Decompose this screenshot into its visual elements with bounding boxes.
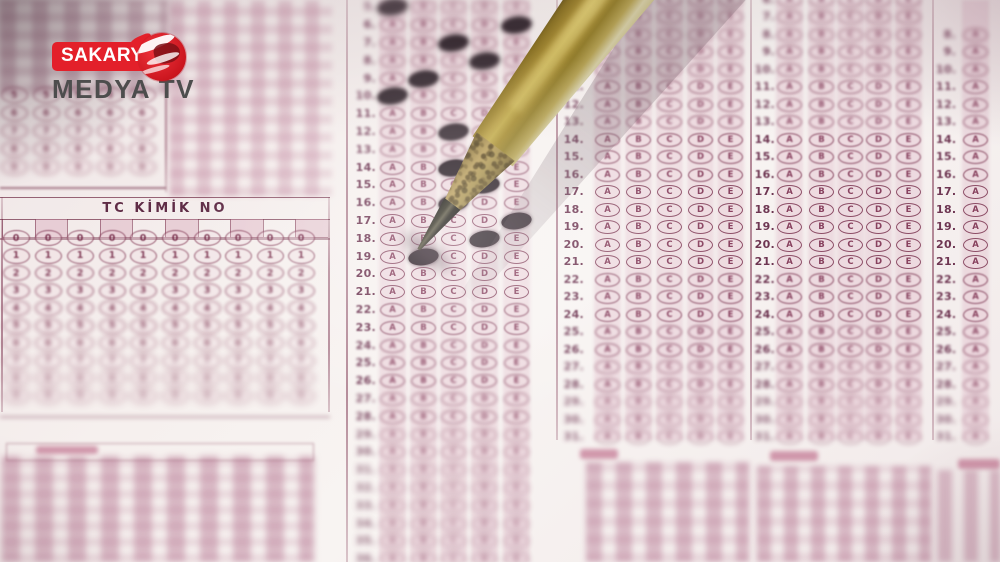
answer-bubble-A: A xyxy=(777,395,802,409)
question-row: 14.ABCDE xyxy=(753,132,963,149)
question-row: 13.ABCDE xyxy=(753,114,963,131)
question-row: 15.ABCDE xyxy=(753,149,963,166)
answer-bubble-D: D xyxy=(688,413,713,427)
answer-bubble-A: A xyxy=(777,150,802,164)
id-digit-bubble: 7 xyxy=(257,353,284,369)
answer-bubble-D: D xyxy=(472,0,497,14)
answer-bubble-E: E xyxy=(504,267,529,281)
answer-bubble-B: B xyxy=(809,150,834,164)
id-digit-row: 0000000000 xyxy=(2,230,328,247)
blurred-grid-bottom-left xyxy=(2,456,314,562)
answer-bubble-B: B xyxy=(411,303,436,317)
question-row: 27.ABCDE xyxy=(753,359,963,376)
id-digit-row: 2222222222 xyxy=(2,265,328,282)
id-digit-bubble: 9 xyxy=(225,388,252,404)
answer-bubble-D: D xyxy=(866,220,891,234)
answer-bubble-E: E xyxy=(718,203,743,217)
question-number: 28. xyxy=(562,378,584,391)
question-row: 10.A xyxy=(936,62,1000,79)
answer-bubble-A: A xyxy=(595,290,620,304)
id-digit-bubble: 5 xyxy=(3,318,30,334)
id-digit-bubble: 9 xyxy=(99,388,126,404)
answer-bubble-B: B xyxy=(809,413,834,427)
id-digit-bubble: 4 xyxy=(99,300,126,316)
answer-bubble-E: E xyxy=(718,150,743,164)
question-row: 22.ABCDE xyxy=(562,272,772,289)
question-row: 26.ABCDE xyxy=(562,342,772,359)
answer-bubble-D: D xyxy=(866,185,891,199)
id-digit-bubble: 0 xyxy=(35,230,62,246)
id-digit-bubble: 4 xyxy=(162,300,189,316)
id-digit-bubble: 9 xyxy=(65,159,92,175)
answer-bubble-A: A xyxy=(380,72,405,86)
answer-bubble-B: B xyxy=(626,325,651,339)
id-grid-header: TC KİMİK NO xyxy=(0,197,330,220)
answer-bubble-C: C xyxy=(441,107,466,121)
answer-bubble-E: E xyxy=(504,339,529,353)
answer-bubble-B: B xyxy=(626,413,651,427)
question-number: 25. xyxy=(346,356,376,369)
answer-bubble-B: B xyxy=(411,339,436,353)
answer-bubble-D: D xyxy=(472,392,497,406)
answer-bubble-B: B xyxy=(626,308,651,322)
question-number: 31. xyxy=(562,430,584,443)
answer-bubble-E: E xyxy=(718,168,743,182)
id-digit-bubble: 5 xyxy=(257,318,284,334)
question-number: 27. xyxy=(562,360,584,373)
answer-bubble-C: C xyxy=(657,98,682,112)
question-number: 9. xyxy=(936,45,956,58)
answer-bubble-D: D xyxy=(472,481,497,495)
question-row: 18.A xyxy=(936,202,1000,219)
answer-bubble-C: C xyxy=(657,220,682,234)
answer-bubble-B: B xyxy=(809,28,834,42)
question-row: 24.A xyxy=(936,307,1000,324)
answer-bubble-A: A xyxy=(595,360,620,374)
answer-bubble-E: E xyxy=(718,290,743,304)
answer-bubble-C: C xyxy=(441,463,466,477)
answer-bubble-B: B xyxy=(809,325,834,339)
answer-bubble-B: B xyxy=(626,273,651,287)
question-row: 25.ABCDE xyxy=(753,324,963,341)
id-digit-bubble: 3 xyxy=(162,283,189,299)
question-number: 22. xyxy=(753,273,775,286)
answer-bubble-A: A xyxy=(777,290,802,304)
answer-bubble-B: B xyxy=(411,125,436,139)
question-number: 20. xyxy=(936,238,956,251)
id-digit-row: 3333333333 xyxy=(2,283,328,300)
question-number: 33. xyxy=(346,499,376,512)
answer-bubble-C: C xyxy=(441,72,466,86)
answer-bubble-A: A xyxy=(380,374,405,388)
question-number: 13. xyxy=(936,115,956,128)
answer-bubble-C: C xyxy=(838,0,863,7)
question-row: 27.ABCDE xyxy=(346,391,556,408)
answer-bubble-C: C xyxy=(441,54,466,68)
question-row: 31.ABCDE xyxy=(562,429,772,446)
id-digit-bubble: 7 xyxy=(99,353,126,369)
answer-bubble-D: D xyxy=(472,534,497,548)
question-row: 27.A xyxy=(936,359,1000,376)
answer-bubble-A: A xyxy=(380,161,405,175)
marked-answer-bubble xyxy=(376,0,409,18)
id-digit-bubble: 4 xyxy=(3,300,30,316)
id-digit-bubble: 3 xyxy=(3,283,30,299)
question-number: 15. xyxy=(936,150,956,163)
answer-bubble-E: E xyxy=(504,392,529,406)
id-digit-bubble: 5 xyxy=(162,318,189,334)
id-digit-bubble: 8 xyxy=(1,141,28,157)
answer-bubble-A: A xyxy=(777,63,802,77)
answer-bubble-C: C xyxy=(441,356,466,370)
answer-bubble-B: B xyxy=(411,392,436,406)
id-digit-bubble: 3 xyxy=(35,283,62,299)
question-number: 16. xyxy=(346,196,376,209)
answer-bubble-C: C xyxy=(657,378,682,392)
question-row: 16.ABCDE xyxy=(753,167,963,184)
answer-bubble-A: A xyxy=(380,392,405,406)
question-number: 21. xyxy=(562,255,584,268)
answer-bubble-A: A xyxy=(595,413,620,427)
question-row: 25.ABCDE xyxy=(562,324,772,341)
id-digit-bubble: 6 xyxy=(65,105,92,121)
answer-bubble-B: B xyxy=(626,185,651,199)
answer-bubble-A: A xyxy=(380,463,405,477)
answer-bubble-A: A xyxy=(777,45,802,59)
upper-id-digit-row: 66666 xyxy=(0,105,166,122)
question-number: 29. xyxy=(753,395,775,408)
answer-bubble-A: A xyxy=(595,220,620,234)
answer-bubble-C: C xyxy=(657,413,682,427)
question-number: 19. xyxy=(936,220,956,233)
id-digit-bubble: 1 xyxy=(67,248,94,264)
answer-bubble-B: B xyxy=(411,0,436,14)
answer-bubble-E: E xyxy=(718,28,743,42)
id-digit-bubble: 7 xyxy=(3,353,30,369)
answer-bubble-A: A xyxy=(595,343,620,357)
question-number: 17. xyxy=(346,214,376,227)
answer-bubble-B: B xyxy=(411,89,436,103)
id-digit-bubble: 7 xyxy=(65,123,92,139)
answer-bubble-D: D xyxy=(866,63,891,77)
answer-bubble-C: C xyxy=(838,133,863,147)
question-number: 23. xyxy=(346,321,376,334)
id-digit-bubble: 1 xyxy=(162,248,189,264)
answer-bubble-B: B xyxy=(809,168,834,182)
answer-bubble-D: D xyxy=(688,325,713,339)
id-digit-bubble: 9 xyxy=(288,388,315,404)
answer-bubble-E: E xyxy=(896,133,921,147)
answer-bubble-C: C xyxy=(838,45,863,59)
answer-bubble-D: D xyxy=(688,360,713,374)
answer-bubble-D: D xyxy=(472,517,497,531)
id-digit-bubble: 3 xyxy=(130,283,157,299)
answer-bubble-A: A xyxy=(963,395,988,409)
answer-bubble-C: C xyxy=(441,143,466,157)
answer-bubble-E: E xyxy=(504,285,529,299)
answer-bubble-A: A xyxy=(380,534,405,548)
answer-bubble-D: D xyxy=(688,343,713,357)
answer-bubble-E: E xyxy=(896,273,921,287)
answer-bubble-D: D xyxy=(688,308,713,322)
answer-bubble-D: D xyxy=(472,463,497,477)
question-number: 22. xyxy=(936,273,956,286)
answer-bubble-E: E xyxy=(718,63,743,77)
answer-bubble-B: B xyxy=(626,395,651,409)
id-digit-bubble: 8 xyxy=(194,370,221,386)
blurred-section-header xyxy=(580,449,618,459)
id-digit-bubble: 9 xyxy=(67,388,94,404)
logo-subtitle: MEDYA TV xyxy=(52,74,195,105)
upper-id-digit-row: 77777 xyxy=(0,123,166,140)
question-row: 31.ABCDE xyxy=(346,462,556,479)
answer-bubble-A: A xyxy=(777,360,802,374)
answer-bubble-D: D xyxy=(688,220,713,234)
answer-bubble-E: E xyxy=(896,28,921,42)
id-digit-bubble: 5 xyxy=(35,318,62,334)
answer-bubble-B: B xyxy=(626,150,651,164)
answer-bubble-E: E xyxy=(718,115,743,129)
question-row: 30.A xyxy=(936,412,1000,429)
id-digit-bubble: 1 xyxy=(194,248,221,264)
id-digit-bubble: 2 xyxy=(225,265,252,281)
answer-bubble-C: C xyxy=(657,185,682,199)
question-row: 28.A xyxy=(936,377,1000,394)
answer-bubble-E: E xyxy=(896,10,921,24)
id-digit-bubble: 8 xyxy=(99,370,126,386)
answer-bubble-E: E xyxy=(504,552,529,562)
answer-bubble-D: D xyxy=(472,552,497,562)
answer-bubble-D: D xyxy=(866,98,891,112)
id-digit-bubble: 4 xyxy=(257,300,284,316)
question-number: 25. xyxy=(936,325,956,338)
question-number: 30. xyxy=(346,445,376,458)
answer-bubble-C: C xyxy=(838,203,863,217)
answer-bubble-C: C xyxy=(441,18,466,32)
answer-bubble-A: A xyxy=(595,255,620,269)
answer-bubble-D: D xyxy=(472,499,497,513)
question-number: 12. xyxy=(936,98,956,111)
answer-bubble-B: B xyxy=(411,374,436,388)
question-number: 35. xyxy=(346,534,376,547)
answer-bubble-D: D xyxy=(866,0,891,7)
answer-bubble-A: A xyxy=(963,430,988,444)
globe-icon xyxy=(138,33,186,81)
question-row: 22.ABCDE xyxy=(753,272,963,289)
answer-bubble-A: A xyxy=(595,308,620,322)
answer-bubble-B: B xyxy=(809,430,834,444)
question-row: 32.ABCDE xyxy=(346,480,556,497)
answer-bubble-A: A xyxy=(380,232,405,246)
id-digit-bubble: 6 xyxy=(35,335,62,351)
answer-bubble-D: D xyxy=(688,185,713,199)
question-number: 23. xyxy=(562,290,584,303)
answer-bubble-A: A xyxy=(595,430,620,444)
answer-bubble-E: E xyxy=(718,430,743,444)
id-digit-bubble: 6 xyxy=(97,105,124,121)
answer-bubble-A: A xyxy=(777,413,802,427)
answer-bubble-D: D xyxy=(866,308,891,322)
answer-bubble-B: B xyxy=(626,238,651,252)
answer-bubble-A: A xyxy=(380,552,405,562)
question-row: 19.ACDE xyxy=(346,249,556,266)
answer-bubble-B: B xyxy=(809,63,834,77)
id-digit-bubble: 5 xyxy=(194,318,221,334)
id-digit-row: 8888888888 xyxy=(2,370,328,387)
blurred-grid-bottom-right xyxy=(757,466,931,562)
question-row: 25.A xyxy=(936,324,1000,341)
answer-bubble-E: E xyxy=(896,395,921,409)
answer-bubble-D: D xyxy=(866,115,891,129)
answer-bubble-D: D xyxy=(866,378,891,392)
id-digit-bubble: 9 xyxy=(33,159,60,175)
answer-bubble-B: B xyxy=(411,36,436,50)
answer-bubble-A: A xyxy=(595,378,620,392)
question-row: 17.ABCDE xyxy=(753,184,963,201)
answer-bubble-E: E xyxy=(896,63,921,77)
answer-bubble-A: A xyxy=(380,321,405,335)
answer-bubble-A: A xyxy=(380,428,405,442)
question-row: 29.ABCDE xyxy=(753,394,963,411)
answer-bubble-D: D xyxy=(866,430,891,444)
answer-bubble-A: A xyxy=(963,203,988,217)
answer-bubble-C: C xyxy=(441,374,466,388)
question-row: 14.ABDE xyxy=(346,160,556,177)
answer-bubble-D: D xyxy=(472,36,497,50)
id-digit-bubble: 8 xyxy=(162,370,189,386)
id-grid-border xyxy=(328,197,330,412)
answer-bubble-B: B xyxy=(809,203,834,217)
answer-bubble-C: C xyxy=(838,28,863,42)
id-digit-bubble: 0 xyxy=(3,230,30,246)
question-number: 31. xyxy=(753,430,775,443)
answer-bubble-A: A xyxy=(963,290,988,304)
answer-bubble-C: C xyxy=(657,395,682,409)
question-number: 12. xyxy=(346,125,376,138)
answer-bubble-E: E xyxy=(718,395,743,409)
answer-bubble-C: C xyxy=(441,339,466,353)
question-row: 20.ABCDE xyxy=(562,237,772,254)
question-number: 23. xyxy=(753,290,775,303)
question-row: 11.A xyxy=(936,79,1000,96)
question-number: 8. xyxy=(753,28,775,41)
answer-bubble-B: B xyxy=(411,445,436,459)
answer-bubble-D: D xyxy=(688,133,713,147)
id-grid-header-label: TC KİMİK NO xyxy=(102,201,227,216)
id-digit-bubble: 1 xyxy=(225,248,252,264)
answer-bubble-A: A xyxy=(595,203,620,217)
answer-bubble-A: A xyxy=(963,273,988,287)
answer-bubble-C: C xyxy=(657,238,682,252)
answer-bubble-B: B xyxy=(809,185,834,199)
question-row: 23.ABCDE xyxy=(346,320,556,337)
id-digit-bubble: 3 xyxy=(225,283,252,299)
question-number: 26. xyxy=(753,343,775,356)
answer-bubble-B: B xyxy=(411,54,436,68)
answer-bubble-A: A xyxy=(380,285,405,299)
question-number: 13. xyxy=(753,115,775,128)
answer-bubble-A: A xyxy=(595,395,620,409)
answer-bubble-A: A xyxy=(595,185,620,199)
id-digit-bubble: 4 xyxy=(35,300,62,316)
question-number: 29. xyxy=(346,428,376,441)
answer-bubble-C: C xyxy=(657,203,682,217)
marked-answer-bubble xyxy=(437,122,470,143)
answer-bubble-A: A xyxy=(380,303,405,317)
id-digit-bubble: 7 xyxy=(1,123,28,139)
question-number: 24. xyxy=(753,308,775,321)
id-digit-bubble: 6 xyxy=(130,335,157,351)
id-digit-row: 4444444444 xyxy=(2,300,328,317)
answer-bubble-A: A xyxy=(380,481,405,495)
question-row: 13.A xyxy=(936,114,1000,131)
answer-bubble-E: E xyxy=(896,238,921,252)
answer-bubble-B: B xyxy=(411,552,436,562)
question-row: 28.ABCDE xyxy=(562,377,772,394)
answer-bubble-A: A xyxy=(777,133,802,147)
answer-bubble-E: E xyxy=(504,36,529,50)
answer-bubble-A: A xyxy=(963,343,988,357)
answer-bubble-A: A xyxy=(963,45,988,59)
question-row: 17.A xyxy=(936,184,1000,201)
id-digit-bubble: 0 xyxy=(130,230,157,246)
answer-bubble-B: B xyxy=(809,115,834,129)
answer-bubble-B: B xyxy=(411,517,436,531)
answer-bubble-B: B xyxy=(626,203,651,217)
answer-bubble-A: A xyxy=(595,273,620,287)
question-number: 17. xyxy=(936,185,956,198)
answer-bubble-A: A xyxy=(380,339,405,353)
question-number: 19. xyxy=(753,220,775,233)
answer-bubble-B: B xyxy=(411,267,436,281)
answer-bubble-B: B xyxy=(809,238,834,252)
answer-bubble-C: C xyxy=(657,360,682,374)
answer-bubble-A: A xyxy=(963,255,988,269)
id-digit-bubble: 3 xyxy=(67,283,94,299)
question-number: 36. xyxy=(346,552,376,562)
answer-bubble-D: D xyxy=(866,360,891,374)
question-number: 9. xyxy=(753,45,775,58)
question-number: 10. xyxy=(753,63,775,76)
answer-bubble-B: B xyxy=(411,410,436,424)
answer-bubble-C: C xyxy=(838,185,863,199)
answer-bubble-A: A xyxy=(595,168,620,182)
question-row: 28.ABCDE xyxy=(346,409,556,426)
answer-bubble-C: C xyxy=(838,413,863,427)
answer-bubble-D: D xyxy=(472,445,497,459)
answer-bubble-A: A xyxy=(963,308,988,322)
answer-bubble-B: B xyxy=(809,45,834,59)
question-number: 26. xyxy=(346,374,376,387)
answer-bubble-A: A xyxy=(380,410,405,424)
question-row: 21.ABCDE xyxy=(346,284,556,301)
id-digit-bubble: 8 xyxy=(67,370,94,386)
id-digit-bubble: 2 xyxy=(288,265,315,281)
answer-bubble-E: E xyxy=(896,168,921,182)
marked-answer-bubble xyxy=(500,15,533,36)
answer-bubble-C: C xyxy=(838,378,863,392)
id-digit-bubble: 1 xyxy=(35,248,62,264)
answer-bubble-C: C xyxy=(657,430,682,444)
answer-bubble-D: D xyxy=(866,45,891,59)
id-digit-bubble: 1 xyxy=(130,248,157,264)
answer-bubble-D: D xyxy=(866,203,891,217)
answer-bubble-C: C xyxy=(441,89,466,103)
answer-bubble-E: E xyxy=(718,325,743,339)
answer-bubble-C: C xyxy=(657,255,682,269)
id-digit-bubble: 4 xyxy=(194,300,221,316)
id-digit-bubble: 0 xyxy=(99,230,126,246)
